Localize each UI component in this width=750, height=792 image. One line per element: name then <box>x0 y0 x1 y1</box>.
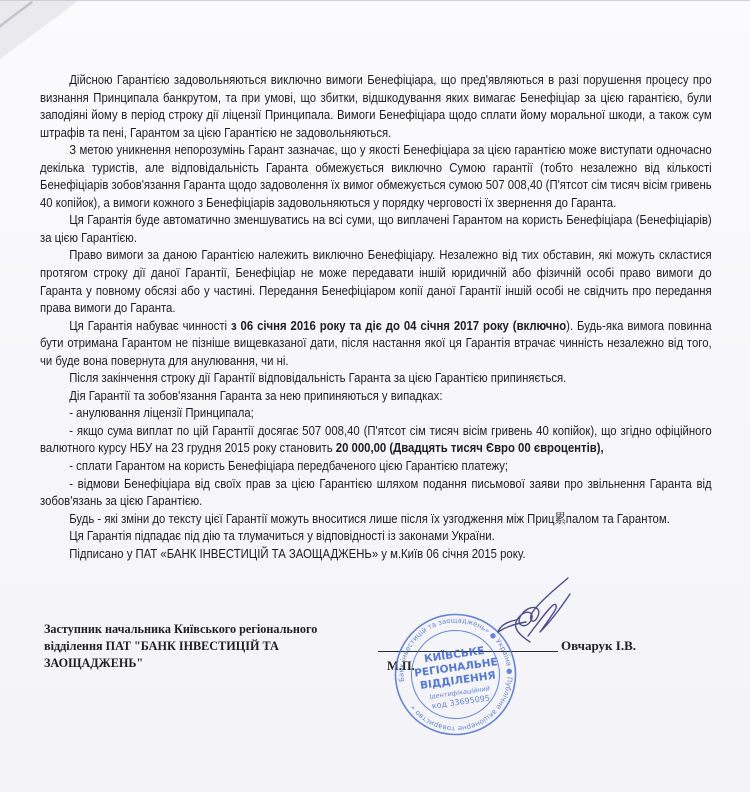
text-run: Підписано у ПАТ «БАНК ІНВЕСТИЦІЙ ТА ЗАОЩ… <box>69 546 525 561</box>
paragraph: Ця Гарантія набуває чинності з 06 січня … <box>40 317 712 370</box>
text-run: - відмови Бенефіціара від своїх прав за … <box>40 476 712 509</box>
position-line: Заступник начальника Київського регіонал… <box>44 621 317 638</box>
bold-text: 20 000,00 (Двадцять тисяч Євро 00 євроце… <box>336 440 604 455</box>
paragraph: Право вимоги за даною Гарантією належить… <box>40 246 712 316</box>
text-run: Ця Гарантія буде автоматично зменшуватис… <box>40 212 712 245</box>
paragraph: Дійсною Гарантією задовольняються виключ… <box>40 71 712 141</box>
signatory-position: Заступник начальника Київського регіонал… <box>44 621 317 672</box>
paragraph: Підписано у ПАТ «БАНК ІНВЕСТИЦІЙ ТА ЗАОЩ… <box>40 545 712 563</box>
paragraph: Ця Гарантія буде автоматично зменшуватис… <box>40 211 712 246</box>
text-run: З метою уникнення непорозумінь Гарант за… <box>40 142 712 210</box>
paragraph: З метою уникнення непорозумінь Гарант за… <box>40 141 712 211</box>
paragraph: Дія Гарантії та зобов'язання Гаранта за … <box>40 387 712 405</box>
paragraph: - відмови Бенефіціара від своїх прав за … <box>40 475 712 510</box>
text-run: Ця Гарантія набуває чинності <box>69 318 231 333</box>
text-run: Дія Гарантії та зобов'язання Гаранта за … <box>69 388 442 403</box>
guarantee-body-text: Дійсною Гарантією задовольняються виключ… <box>40 71 712 562</box>
bold-text: з 06 січня 2016 року та діє до 04 січня … <box>231 318 566 333</box>
position-line: ЗАОЩАДЖЕНЬ" <box>44 655 317 672</box>
text-run: Після закінчення строку дії Гарантії від… <box>69 370 566 385</box>
paragraph: Ця Гарантія підпадає під дію та тлумачит… <box>40 527 712 545</box>
paragraph: - анулювання ліцензії Принципала; <box>40 404 712 422</box>
text-run: - сплати Гарантом на користь Бенефіціара… <box>69 458 508 473</box>
text-run: Дійсною Гарантією задовольняються виключ… <box>40 72 712 140</box>
text-run: Право вимоги за даною Гарантією належить… <box>40 247 712 315</box>
paragraph: - якщо сума виплат по цій Гарантії досяг… <box>40 422 712 457</box>
page-fold-corner <box>0 1 78 59</box>
paragraph: - сплати Гарантом на користь Бенефіціара… <box>40 457 712 475</box>
handwritten-signature-icon <box>470 576 590 646</box>
text-run: Ця Гарантія підпадає під дію та тлумачит… <box>69 528 494 543</box>
position-line: відділення ПАТ "БАНК ІНВЕСТИЦІЙ ТА <box>44 638 317 655</box>
text-run: - анулювання ліцензії Принципала; <box>69 405 254 420</box>
document-page: Дійсною Гарантією задовольняються виключ… <box>0 0 750 792</box>
text-run: Будь - які зміни до тексту цієї Гарантії… <box>69 511 670 526</box>
paragraph: Будь - які зміни до тексту цієї Гарантії… <box>40 510 712 528</box>
paragraph: Після закінчення строку дії Гарантії від… <box>40 369 712 387</box>
